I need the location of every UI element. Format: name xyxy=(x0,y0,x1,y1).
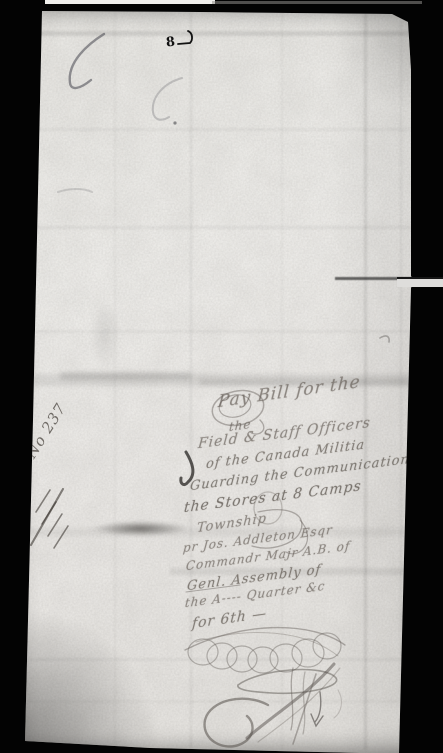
scanner-top-sliver xyxy=(45,0,215,4)
scan-stage: 8 No 237 Pay Bill for the the Field & St… xyxy=(0,0,443,753)
manuscript-page: 8 No 237 Pay Bill for the the Field & St… xyxy=(0,0,443,753)
paper-flap xyxy=(397,277,443,287)
scanner-top-sliver-faint xyxy=(212,1,422,4)
pen-flourishes xyxy=(0,0,443,753)
